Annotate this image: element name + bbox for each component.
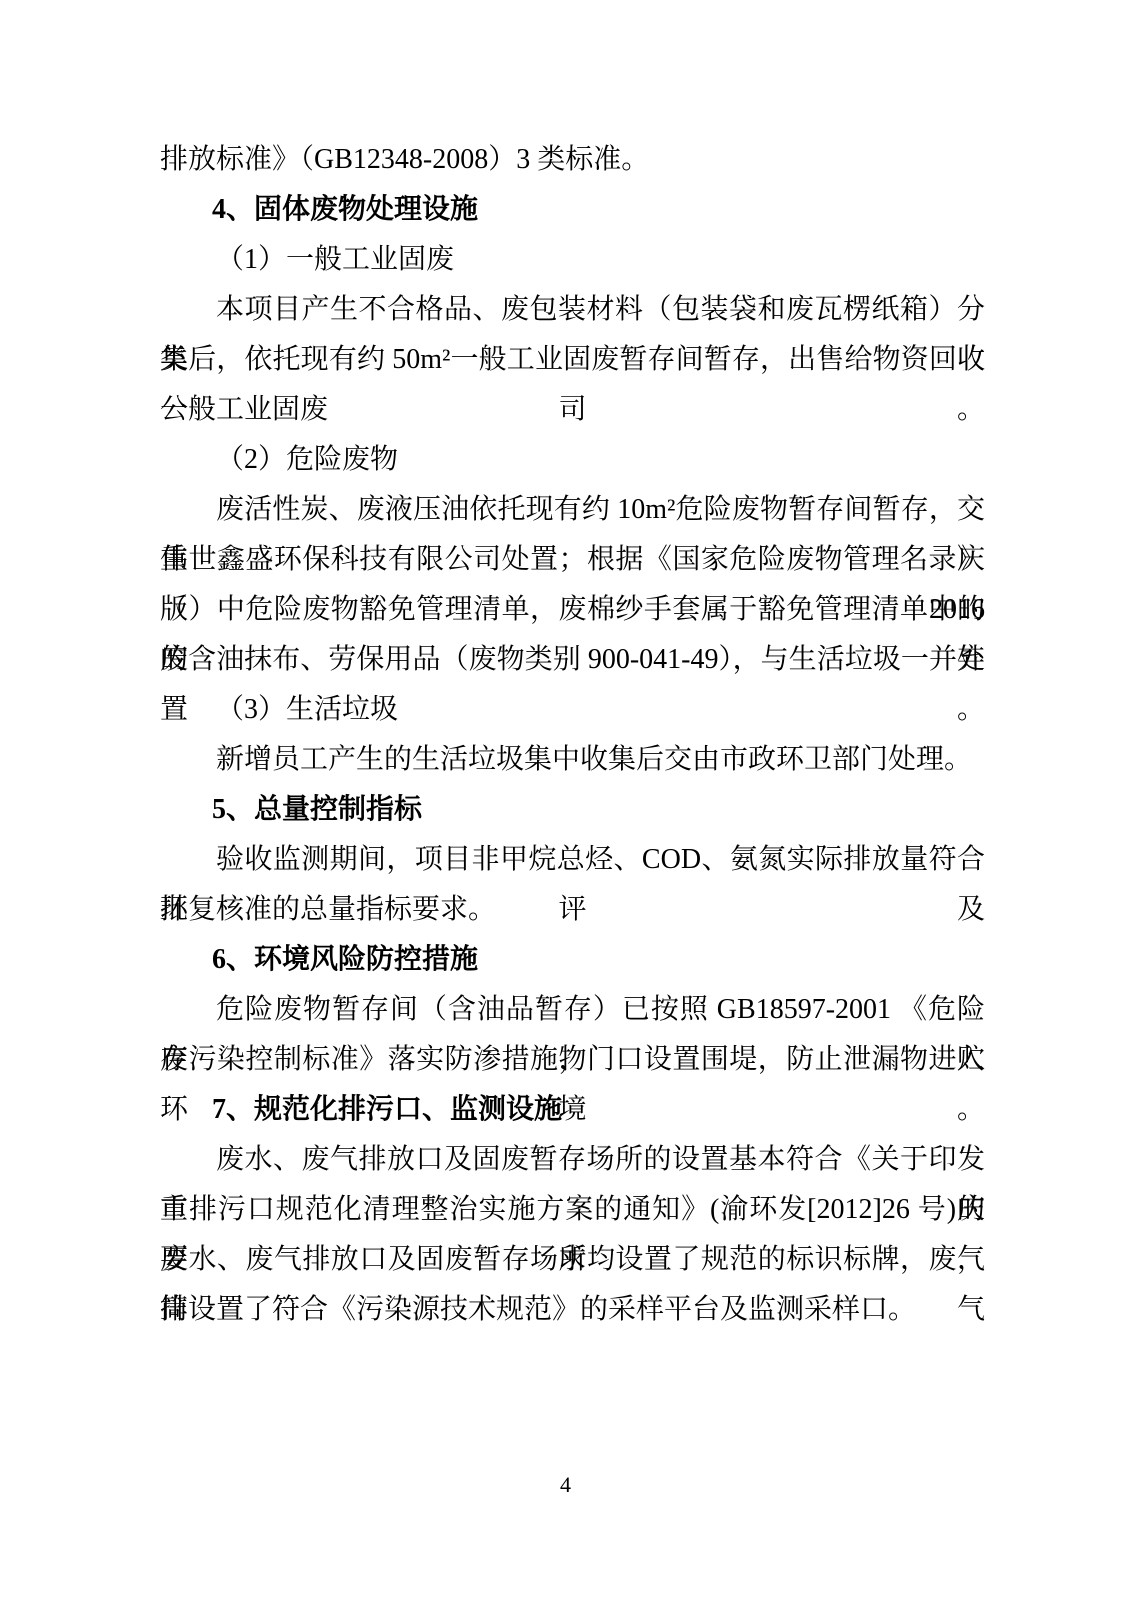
body-text-line: 排放标准》（GB12348-2008）3 类标准。 bbox=[160, 135, 985, 185]
body-text-line: 本项目产生不合格品、废包装材料（包装袋和废瓦楞纸箱）分类收 bbox=[160, 285, 985, 335]
document-page: 排放标准》（GB12348-2008）3 类标准。 4、固体废物处理设施 （1）… bbox=[0, 0, 1131, 1600]
body-text-line: 危险废物暂存间（含油品暂存）已按照 GB18597-2001 《危险废物贮 bbox=[160, 985, 985, 1035]
section-5-heading: 5、总量控制指标 bbox=[160, 785, 985, 835]
body-text-line: 的含油抹布、劳保用品（废物类别 900-041-49），与生活垃圾一并处置。 bbox=[160, 635, 985, 685]
body-text-line: 版）中危险废物豁免管理清单，废棉纱手套属于豁免管理清单中的废弃 bbox=[160, 585, 985, 635]
section-4-heading: 4、固体废物处理设施 bbox=[160, 185, 985, 235]
body-text-line: 筒设置了符合《污染源技术规范》的采样平台及监测采样口。 bbox=[160, 1285, 985, 1335]
body-text-line: 废活性炭、废液压油依托现有约 10m²危险废物暂存间暂存，交重庆 bbox=[160, 485, 985, 535]
sub-item-1-heading: （1）一般工业固废 bbox=[160, 235, 985, 285]
section-6-heading: 6、环境风险防控措施 bbox=[160, 935, 985, 985]
body-text-line: 存污染控制标准》落实防渗措施，门口设置围堤，防止泄漏物进入环境。 bbox=[160, 1035, 985, 1085]
body-text-line: 市排污口规范化清理整治实施方案的通知》(渝环发[2012]26 号)的要求， bbox=[160, 1185, 985, 1235]
body-text-line: 集后，依托现有约 50m²一般工业固废暂存间暂存，出售给物资回收公司。 bbox=[160, 335, 985, 385]
page-number: 4 bbox=[0, 1470, 1131, 1500]
sub-item-2-heading: （2）危险废物 bbox=[160, 435, 985, 485]
body-text-line: 废水、废气排放口及固废暂存场所均设置了规范的标识标牌，废气排气 bbox=[160, 1235, 985, 1285]
body-text-line: 新增员工产生的生活垃圾集中收集后交由市政环卫部门处理。 bbox=[160, 735, 985, 785]
body-text-line: 验收监测期间，项目非甲烷总烃、COD、氨氮实际排放量符合环评及 bbox=[160, 835, 985, 885]
body-text-line: 伟世鑫盛环保科技有限公司处置；根据《国家危险废物管理名录》（2016 bbox=[160, 535, 985, 585]
body-text-line: 废水、废气排放口及固废暂存场所的设置基本符合《关于印发重庆 bbox=[160, 1135, 985, 1185]
